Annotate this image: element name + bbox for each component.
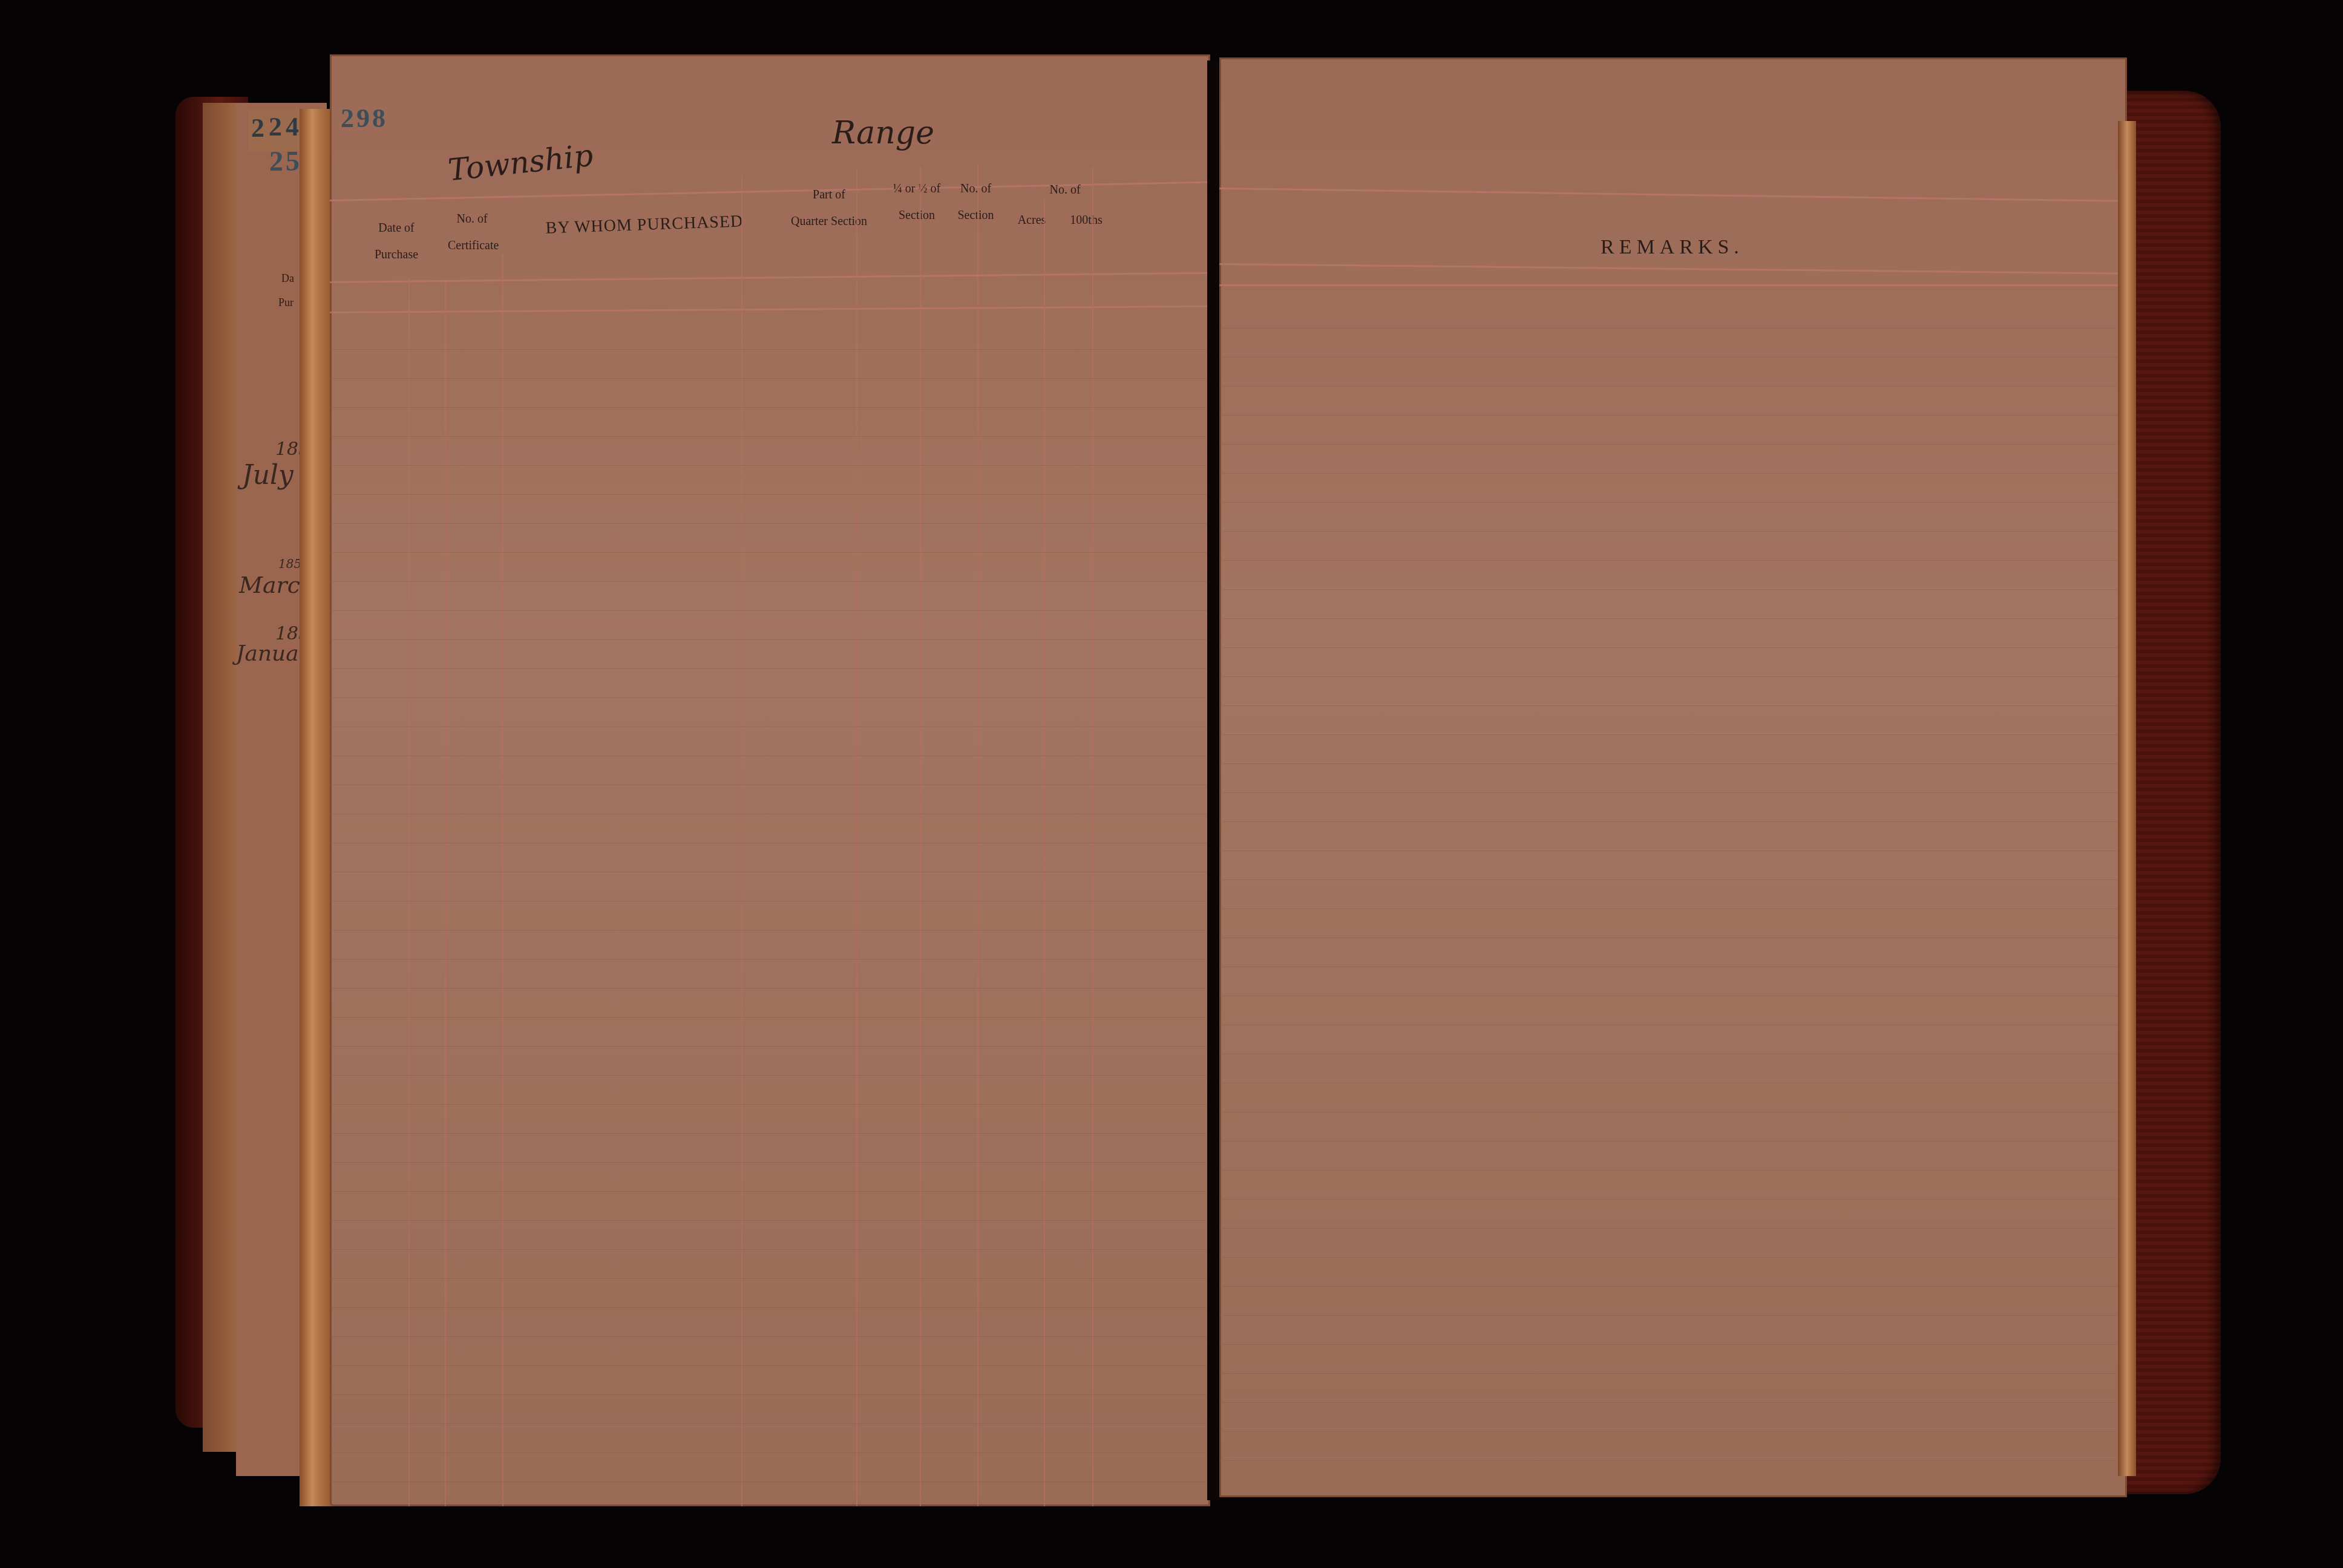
col-header-by-whom-purchased: BY WHOM PURCHASED xyxy=(523,211,766,240)
township-heading: Township xyxy=(447,138,595,188)
underlying-header-date: Da xyxy=(281,272,294,286)
col-header-quarter-half-section: ¼ or ½ of Section xyxy=(886,181,947,223)
header-rule-sub xyxy=(1219,284,2127,286)
header-rule-bottom xyxy=(330,272,1210,283)
book-spine-gutter xyxy=(1207,60,1221,1500)
handwritten-month: July xyxy=(242,460,293,491)
page-number: 298 xyxy=(341,103,388,134)
col-header-hundredths: 100ths xyxy=(1062,213,1110,227)
handwritten-year: 185 xyxy=(278,557,301,571)
header-rule-bottom xyxy=(1219,263,2127,275)
right-ledger-page: REMARKS. xyxy=(1219,57,2127,1497)
col-header-acres-label: Acres xyxy=(1001,213,1062,227)
col-header-section-no: No. of Section xyxy=(947,181,1004,223)
left-ledger-page: 298 Township Range Date of Purchase No. … xyxy=(330,54,1210,1506)
col-header-acres: No. of xyxy=(1004,183,1126,197)
col-header-date-of-purchase: Date of Purchase xyxy=(372,221,421,262)
header-rule-sub xyxy=(330,305,1210,313)
underlying-header-purchase: Pur xyxy=(278,296,293,310)
header-rule-top xyxy=(1219,188,2127,202)
row-ruling xyxy=(1219,299,2127,1485)
range-heading: Range xyxy=(832,115,934,151)
col-header-part-of-quarter-section: Part of Quarter Section xyxy=(775,188,883,229)
page-edge-stack xyxy=(2118,121,2136,1476)
row-ruling xyxy=(330,321,1210,1500)
remarks-heading: REMARKS. xyxy=(1601,236,1744,259)
book-cover-right xyxy=(2124,91,2221,1494)
col-header-certificate-no: No. of Certificate xyxy=(448,212,496,253)
